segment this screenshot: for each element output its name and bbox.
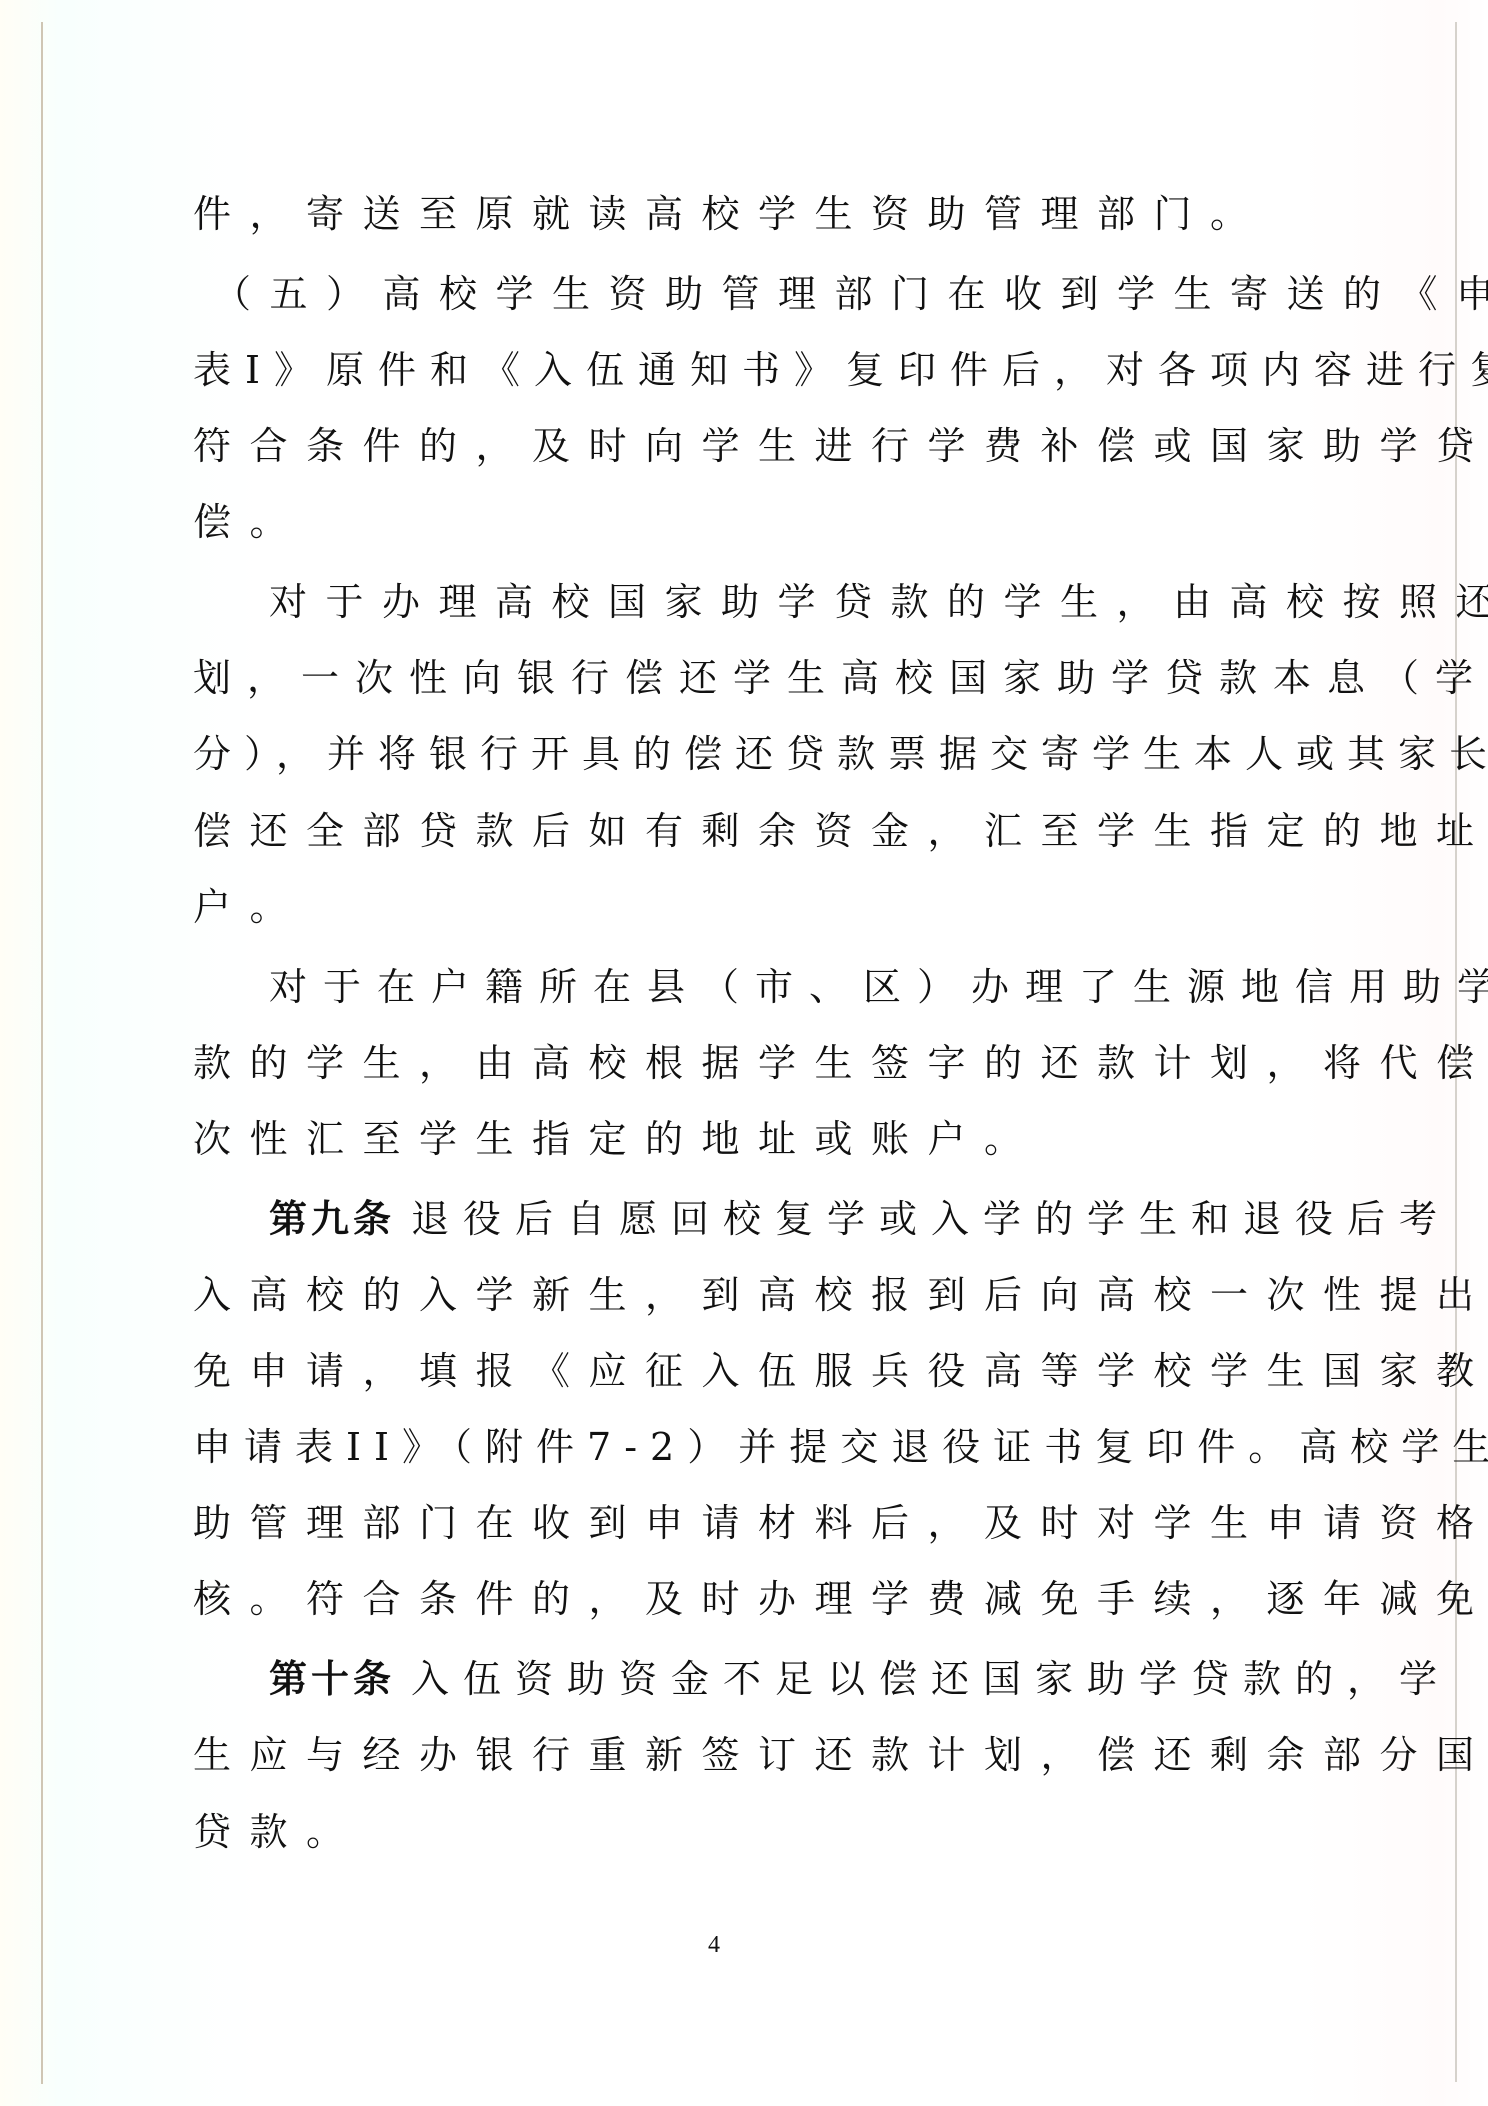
text-line: 款的学生，由高校根据学生签字的还款计划，将代偿资金一 xyxy=(193,1035,1233,1111)
document-body: 件，寄送至原就读高校学生资助管理部门。 （五）高校学生资助管理部门在收到学生寄送… xyxy=(193,186,1233,1880)
text-line: 符合条件的，及时向学生进行学费补偿或国家助学贷款代 xyxy=(193,418,1233,494)
text-line: 对于在户籍所在县（市、区）办理了生源地信用助学贷 xyxy=(193,959,1233,1035)
text-line: 免申请，填报《应征入伍服兵役高等学校学生国家教育资助 xyxy=(193,1343,1233,1419)
text-line: 次性汇至学生指定的地址或账户。 xyxy=(193,1111,1233,1191)
text-line: 件，寄送至原就读高校学生资助管理部门。 xyxy=(193,186,1233,266)
paragraph-university-loan: 对于办理高校国家助学贷款的学生，由高校按照还款计 划，一次性向银行偿还学生高校国… xyxy=(193,574,1233,958)
text-line: 对于办理高校国家助学贷款的学生，由高校按照还款计 xyxy=(193,574,1233,650)
scanned-document-page: 件，寄送至原就读高校学生资助管理部门。 （五）高校学生资助管理部门在收到学生寄送… xyxy=(0,0,1488,2106)
text-line: 第九条退役后自愿回校复学或入学的学生和退役后考 xyxy=(193,1191,1233,1267)
text-line: 生应与经办银行重新签订还款计划，偿还剩余部分国家助学 xyxy=(193,1727,1233,1803)
text-line: 表I》原件和《入伍通知书》复印件后，对各项内容进行复核， xyxy=(193,342,1233,418)
paragraph-continued: 件，寄送至原就读高校学生资助管理部门。 xyxy=(193,186,1233,266)
text-line: 偿还全部贷款后如有剩余资金，汇至学生指定的地址或账 xyxy=(193,803,1233,879)
text-line: （五）高校学生资助管理部门在收到学生寄送的《申请 xyxy=(193,266,1233,342)
article-heading: 第九条 xyxy=(269,1197,395,1241)
article-text: 退役后自愿回校复学或入学的学生和退役后考 xyxy=(411,1197,1451,1241)
article-10: 第十条入伍资助资金不足以偿还国家助学贷款的，学 生应与经办银行重新签订还款计划，… xyxy=(193,1651,1233,1879)
article-9: 第九条退役后自愿回校复学或入学的学生和退役后考 入高校的入学新生，到高校报到后向… xyxy=(193,1191,1233,1651)
text-line: 分），并将银行开具的偿还贷款票据交寄学生本人或其家长。 xyxy=(193,726,1233,802)
article-text: 入伍资助资金不足以偿还国家助学贷款的，学 xyxy=(411,1657,1451,1701)
article-heading: 第十条 xyxy=(269,1657,395,1701)
page-number: 4 xyxy=(708,1932,720,1959)
text-line: 划，一次性向银行偿还学生高校国家助学贷款本息（学费部 xyxy=(193,650,1233,726)
paragraph-origin-loan: 对于在户籍所在县（市、区）办理了生源地信用助学贷 款的学生，由高校根据学生签字的… xyxy=(193,959,1233,1191)
text-line: 助管理部门在收到申请材料后，及时对学生申请资格进行审 xyxy=(193,1495,1233,1571)
text-line: 入高校的入学新生，到高校报到后向高校一次性提出学费减 xyxy=(193,1267,1233,1343)
text-line: 偿。 xyxy=(193,494,1233,574)
text-line: 申请表II》（附件7-2）并提交退役证书复印件。高校学生资 xyxy=(193,1419,1233,1495)
text-line: 第十条入伍资助资金不足以偿还国家助学贷款的，学 xyxy=(193,1651,1233,1727)
text-line: 核。符合条件的，及时办理学费减免手续，逐年减免学费。 xyxy=(193,1571,1233,1651)
paragraph-item-5: （五）高校学生资助管理部门在收到学生寄送的《申请 表I》原件和《入伍通知书》复印… xyxy=(193,266,1233,574)
text-line: 贷款。 xyxy=(193,1804,1233,1880)
text-line: 户。 xyxy=(193,879,1233,959)
scan-edge-left-line xyxy=(41,22,43,2084)
